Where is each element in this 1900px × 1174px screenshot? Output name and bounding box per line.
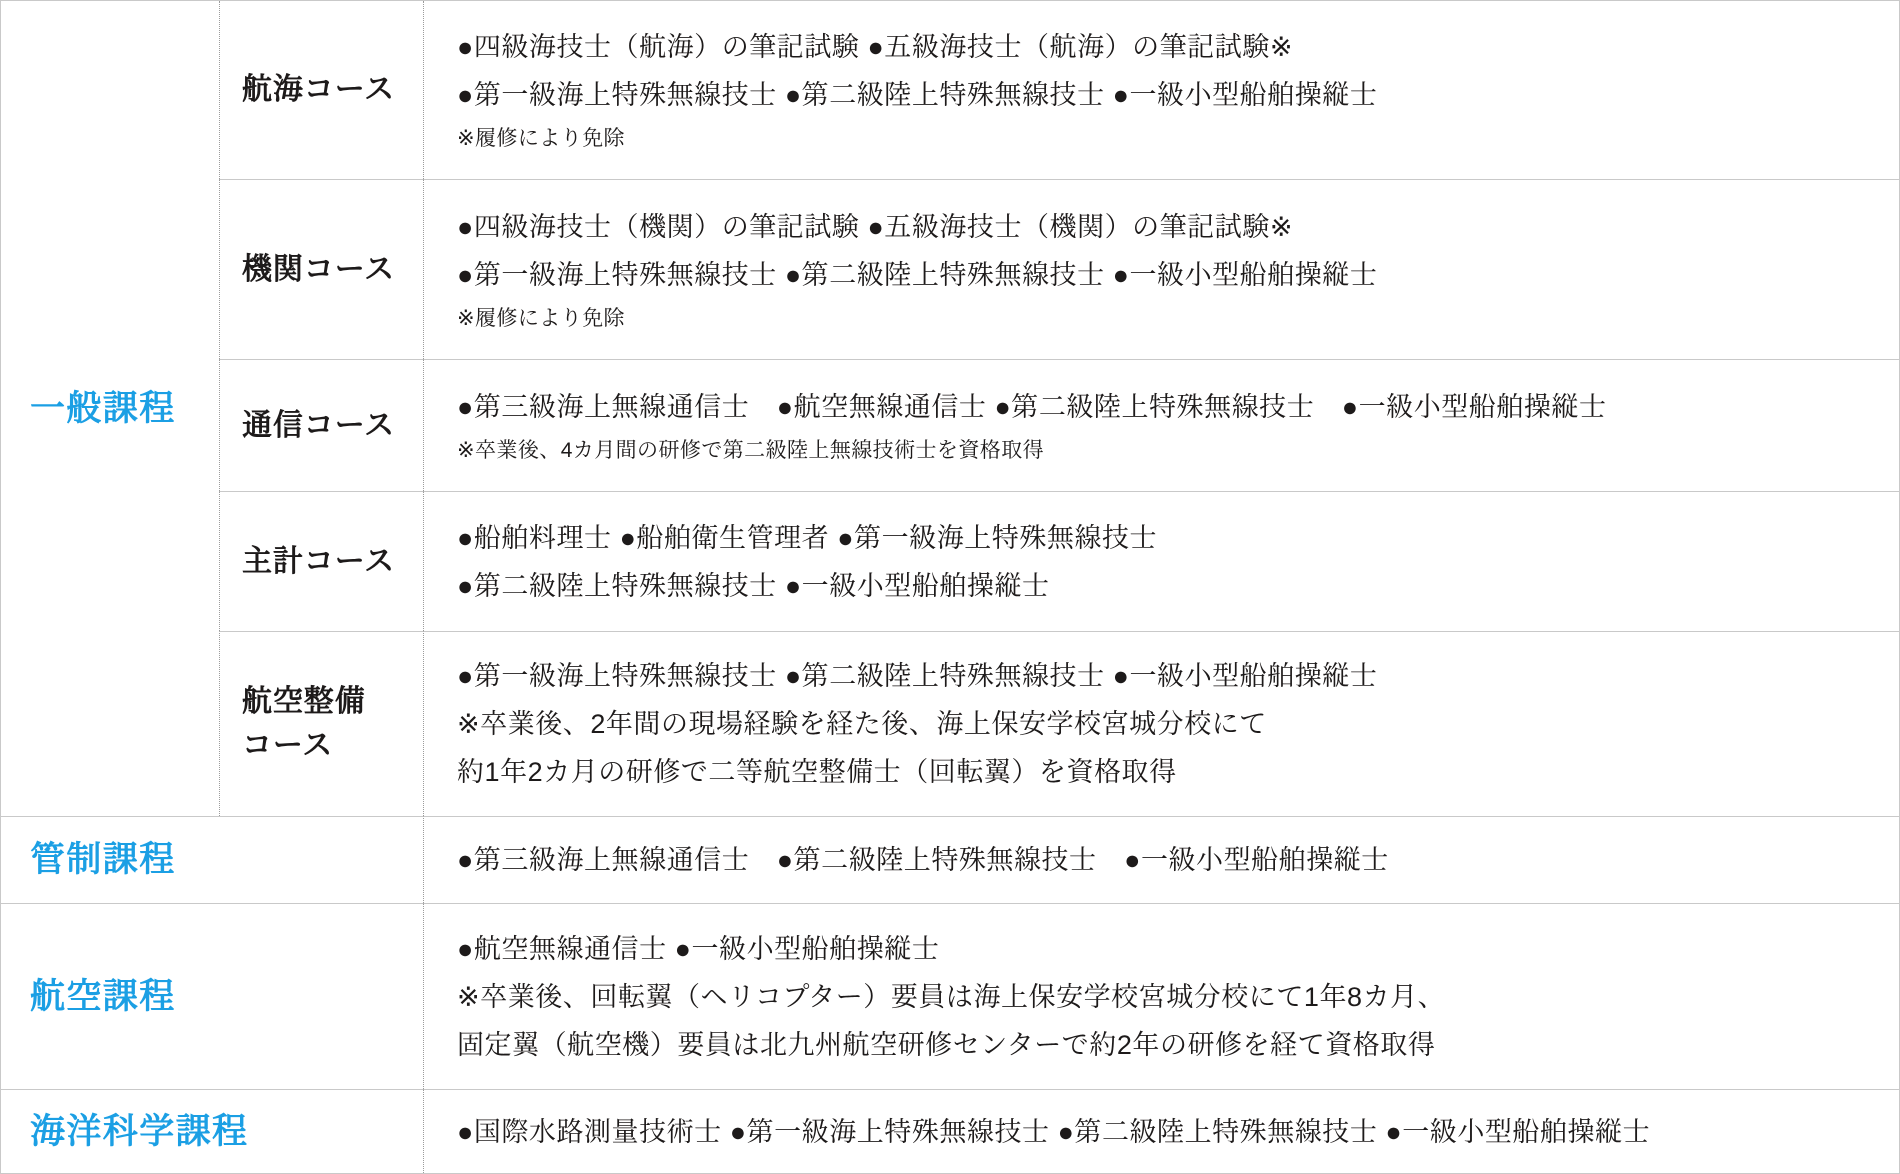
- qualifications-shukei: ●船舶料理士 ●船舶衛生管理者 ●第一級海上特殊無線技士 ●第二級陸上特殊無線技…: [423, 491, 1899, 631]
- qual-line: ●国際水路測量技術士 ●第一級海上特殊無線技士 ●第二級陸上特殊無線技士 ●一級…: [457, 1108, 1875, 1156]
- course-name-tsushin: 通信コース: [242, 404, 415, 448]
- qualifications-kikan: ●四級海技士（機関）の筆記試験 ●五級海技士（機関）の筆記試験※ ●第一級海上特…: [423, 179, 1899, 359]
- qual-line: ●第一級海上特殊無線技士 ●第二級陸上特殊無線技士 ●一級小型船舶操縦士: [457, 251, 1875, 299]
- qualifications-kaiyo: ●国際水路測量技術士 ●第一級海上特殊無線技士 ●第二級陸上特殊無線技士 ●一級…: [423, 1089, 1899, 1173]
- qual-line: ●第二級陸上特殊無線技士 ●一級小型船舶操縦士: [457, 562, 1875, 610]
- course-name-kokai: 航海コース: [242, 68, 415, 112]
- program-label-koku: 航空課程: [1, 903, 423, 1089]
- course-name-kikan: 機関コース: [242, 248, 415, 292]
- qualifications-kokai: ●四級海技士（航海）の筆記試験 ●五級海技士（航海）の筆記試験※ ●第一級海上特…: [423, 1, 1899, 179]
- note-line: ※卒業後、4カ月間の研修で第二級陸上無線技術士を資格取得: [457, 433, 1875, 469]
- program-label-general: 一般課程: [1, 1, 219, 816]
- qual-line: ●第三級海上無線通信士 ●航空無線通信士 ●第二級陸上特殊無線技士 ●一級小型船…: [457, 383, 1875, 431]
- course-cell-kokuseibi: 航空整備 コース: [219, 631, 423, 816]
- program-label-kaiyo: 海洋科学課程: [1, 1089, 423, 1173]
- note-line: ※履修により免除: [457, 301, 1875, 337]
- course-name-kokuseibi-line2: コース: [242, 724, 415, 768]
- qualifications-kansei: ●第三級海上無線通信士 ●第二級陸上特殊無線技士 ●一級小型船舶操縦士: [423, 816, 1899, 903]
- program-label-koku-text: 航空課程: [30, 975, 423, 1019]
- course-name-kokuseibi-line1: 航空整備: [242, 680, 415, 724]
- course-cell-kokai: 航海コース: [219, 1, 423, 179]
- note-line: ※卒業後、2年間の現場経験を経た後、海上保安学校宮城分校にて: [457, 700, 1875, 748]
- qual-line: ●第一級海上特殊無線技士 ●第二級陸上特殊無線技士 ●一級小型船舶操縦士: [457, 652, 1875, 700]
- program-label-kansei: 管制課程: [1, 816, 423, 903]
- qual-line: ●四級海技士（機関）の筆記試験 ●五級海技士（機関）の筆記試験※: [457, 203, 1875, 251]
- qualifications-tsushin: ●第三級海上無線通信士 ●航空無線通信士 ●第二級陸上特殊無線技士 ●一級小型船…: [423, 359, 1899, 491]
- qual-line: ●船舶料理士 ●船舶衛生管理者 ●第一級海上特殊無線技士: [457, 514, 1875, 562]
- qualifications-koku: ●航空無線通信士 ●一級小型船舶操縦士 ※卒業後、回転翼（ヘリコプター）要員は海…: [423, 903, 1899, 1089]
- course-cell-kikan: 機関コース: [219, 179, 423, 359]
- qual-line: ●第一級海上特殊無線技士 ●第二級陸上特殊無線技士 ●一級小型船舶操縦士: [457, 71, 1875, 119]
- note-line: 固定翼（航空機）要員は北九州航空研修センターで約2年の研修を経て資格取得: [457, 1021, 1875, 1069]
- course-cell-tsushin: 通信コース: [219, 359, 423, 491]
- qual-line: ●四級海技士（航海）の筆記試験 ●五級海技士（航海）の筆記試験※: [457, 23, 1875, 71]
- qualifications-kokuseibi: ●第一級海上特殊無線技士 ●第二級陸上特殊無線技士 ●一級小型船舶操縦士 ※卒業…: [423, 631, 1899, 816]
- note-line: ※履修により免除: [457, 121, 1875, 157]
- program-label-kaiyo-text: 海洋科学課程: [30, 1110, 423, 1154]
- note-line: 約1年2カ月の研修で二等航空整備士（回転翼）を資格取得: [457, 748, 1875, 796]
- note-line: ※卒業後、回転翼（ヘリコプター）要員は海上保安学校宮城分校にて1年8カ月、: [457, 973, 1875, 1021]
- program-label-general-text: 一般課程: [30, 387, 219, 431]
- qual-line: ●航空無線通信士 ●一級小型船舶操縦士: [457, 925, 1875, 973]
- course-cell-shukei: 主計コース: [219, 491, 423, 631]
- qualification-table: 一般課程 航海コース ●四級海技士（航海）の筆記試験 ●五級海技士（航海）の筆記…: [0, 0, 1900, 1174]
- course-name-shukei: 主計コース: [242, 540, 415, 584]
- qual-line: ●第三級海上無線通信士 ●第二級陸上特殊無線技士 ●一級小型船舶操縦士: [457, 836, 1875, 884]
- program-label-kansei-text: 管制課程: [30, 838, 423, 882]
